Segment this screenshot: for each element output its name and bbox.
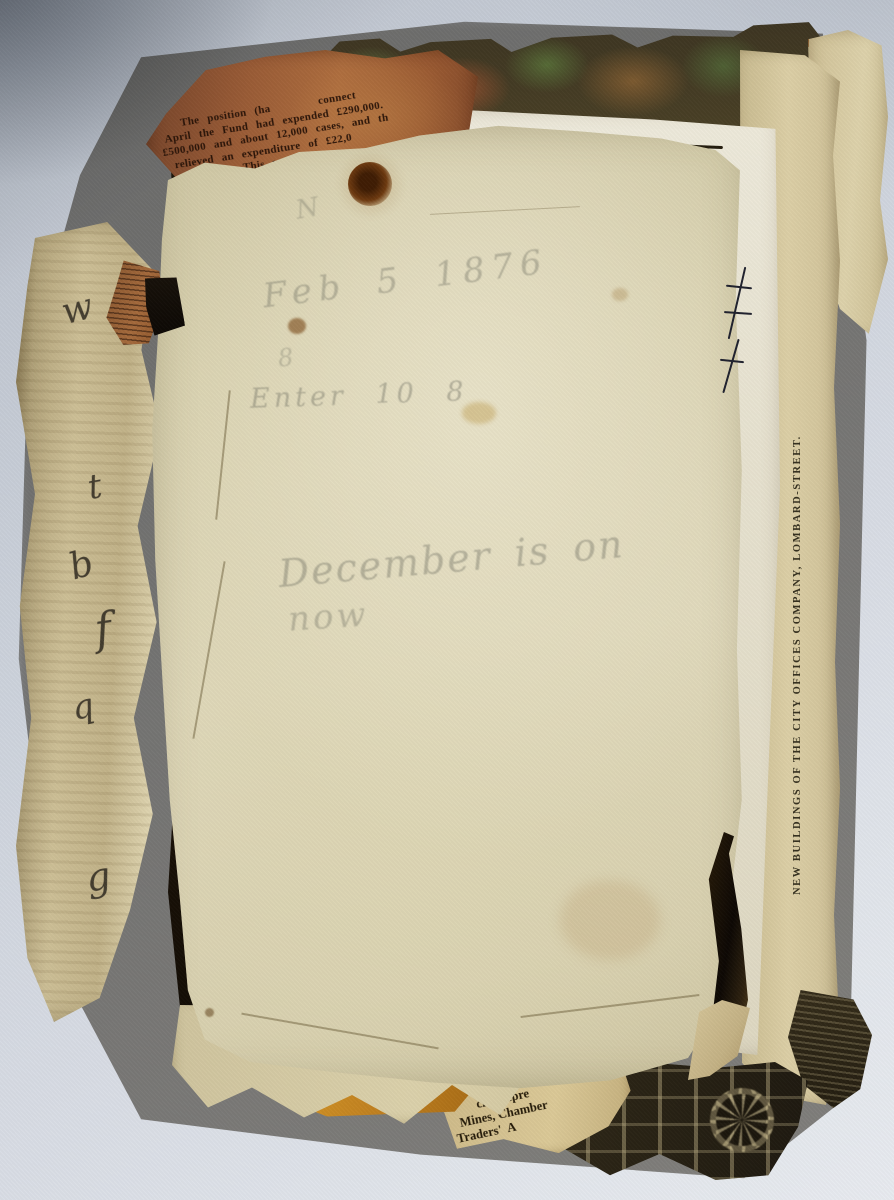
stain xyxy=(205,1008,214,1017)
pencil-inscription-note: now xyxy=(287,597,370,637)
main-page: N Feb 5 1876 8 Enter 10 8 December is on… xyxy=(148,122,752,1090)
stain xyxy=(288,318,306,334)
pencil-inscription-note: Enter 10 8 xyxy=(250,378,468,413)
crease-line xyxy=(521,994,700,1018)
crease-line xyxy=(241,1013,438,1050)
wheel-engraving xyxy=(710,1088,774,1152)
pencil-mark: 8 xyxy=(277,345,295,370)
crease-line xyxy=(430,206,580,215)
ink-blot-stain xyxy=(348,162,392,206)
photo-of-scrapbook-pile: w t b f q g NEW BUILDINGS OF THE CITY OF… xyxy=(0,0,894,1200)
pencil-inscription-date: Feb 5 1876 xyxy=(261,245,550,314)
crease-line xyxy=(192,561,225,739)
strip-caption: NEW BUILDINGS OF THE CITY OFFICES COMPAN… xyxy=(792,350,818,895)
stain xyxy=(612,288,628,301)
pencil-inscription-note: December is on xyxy=(277,525,626,593)
foxing-stain xyxy=(560,880,660,960)
crease-line xyxy=(215,390,231,519)
pencil-mark: N xyxy=(294,194,321,224)
